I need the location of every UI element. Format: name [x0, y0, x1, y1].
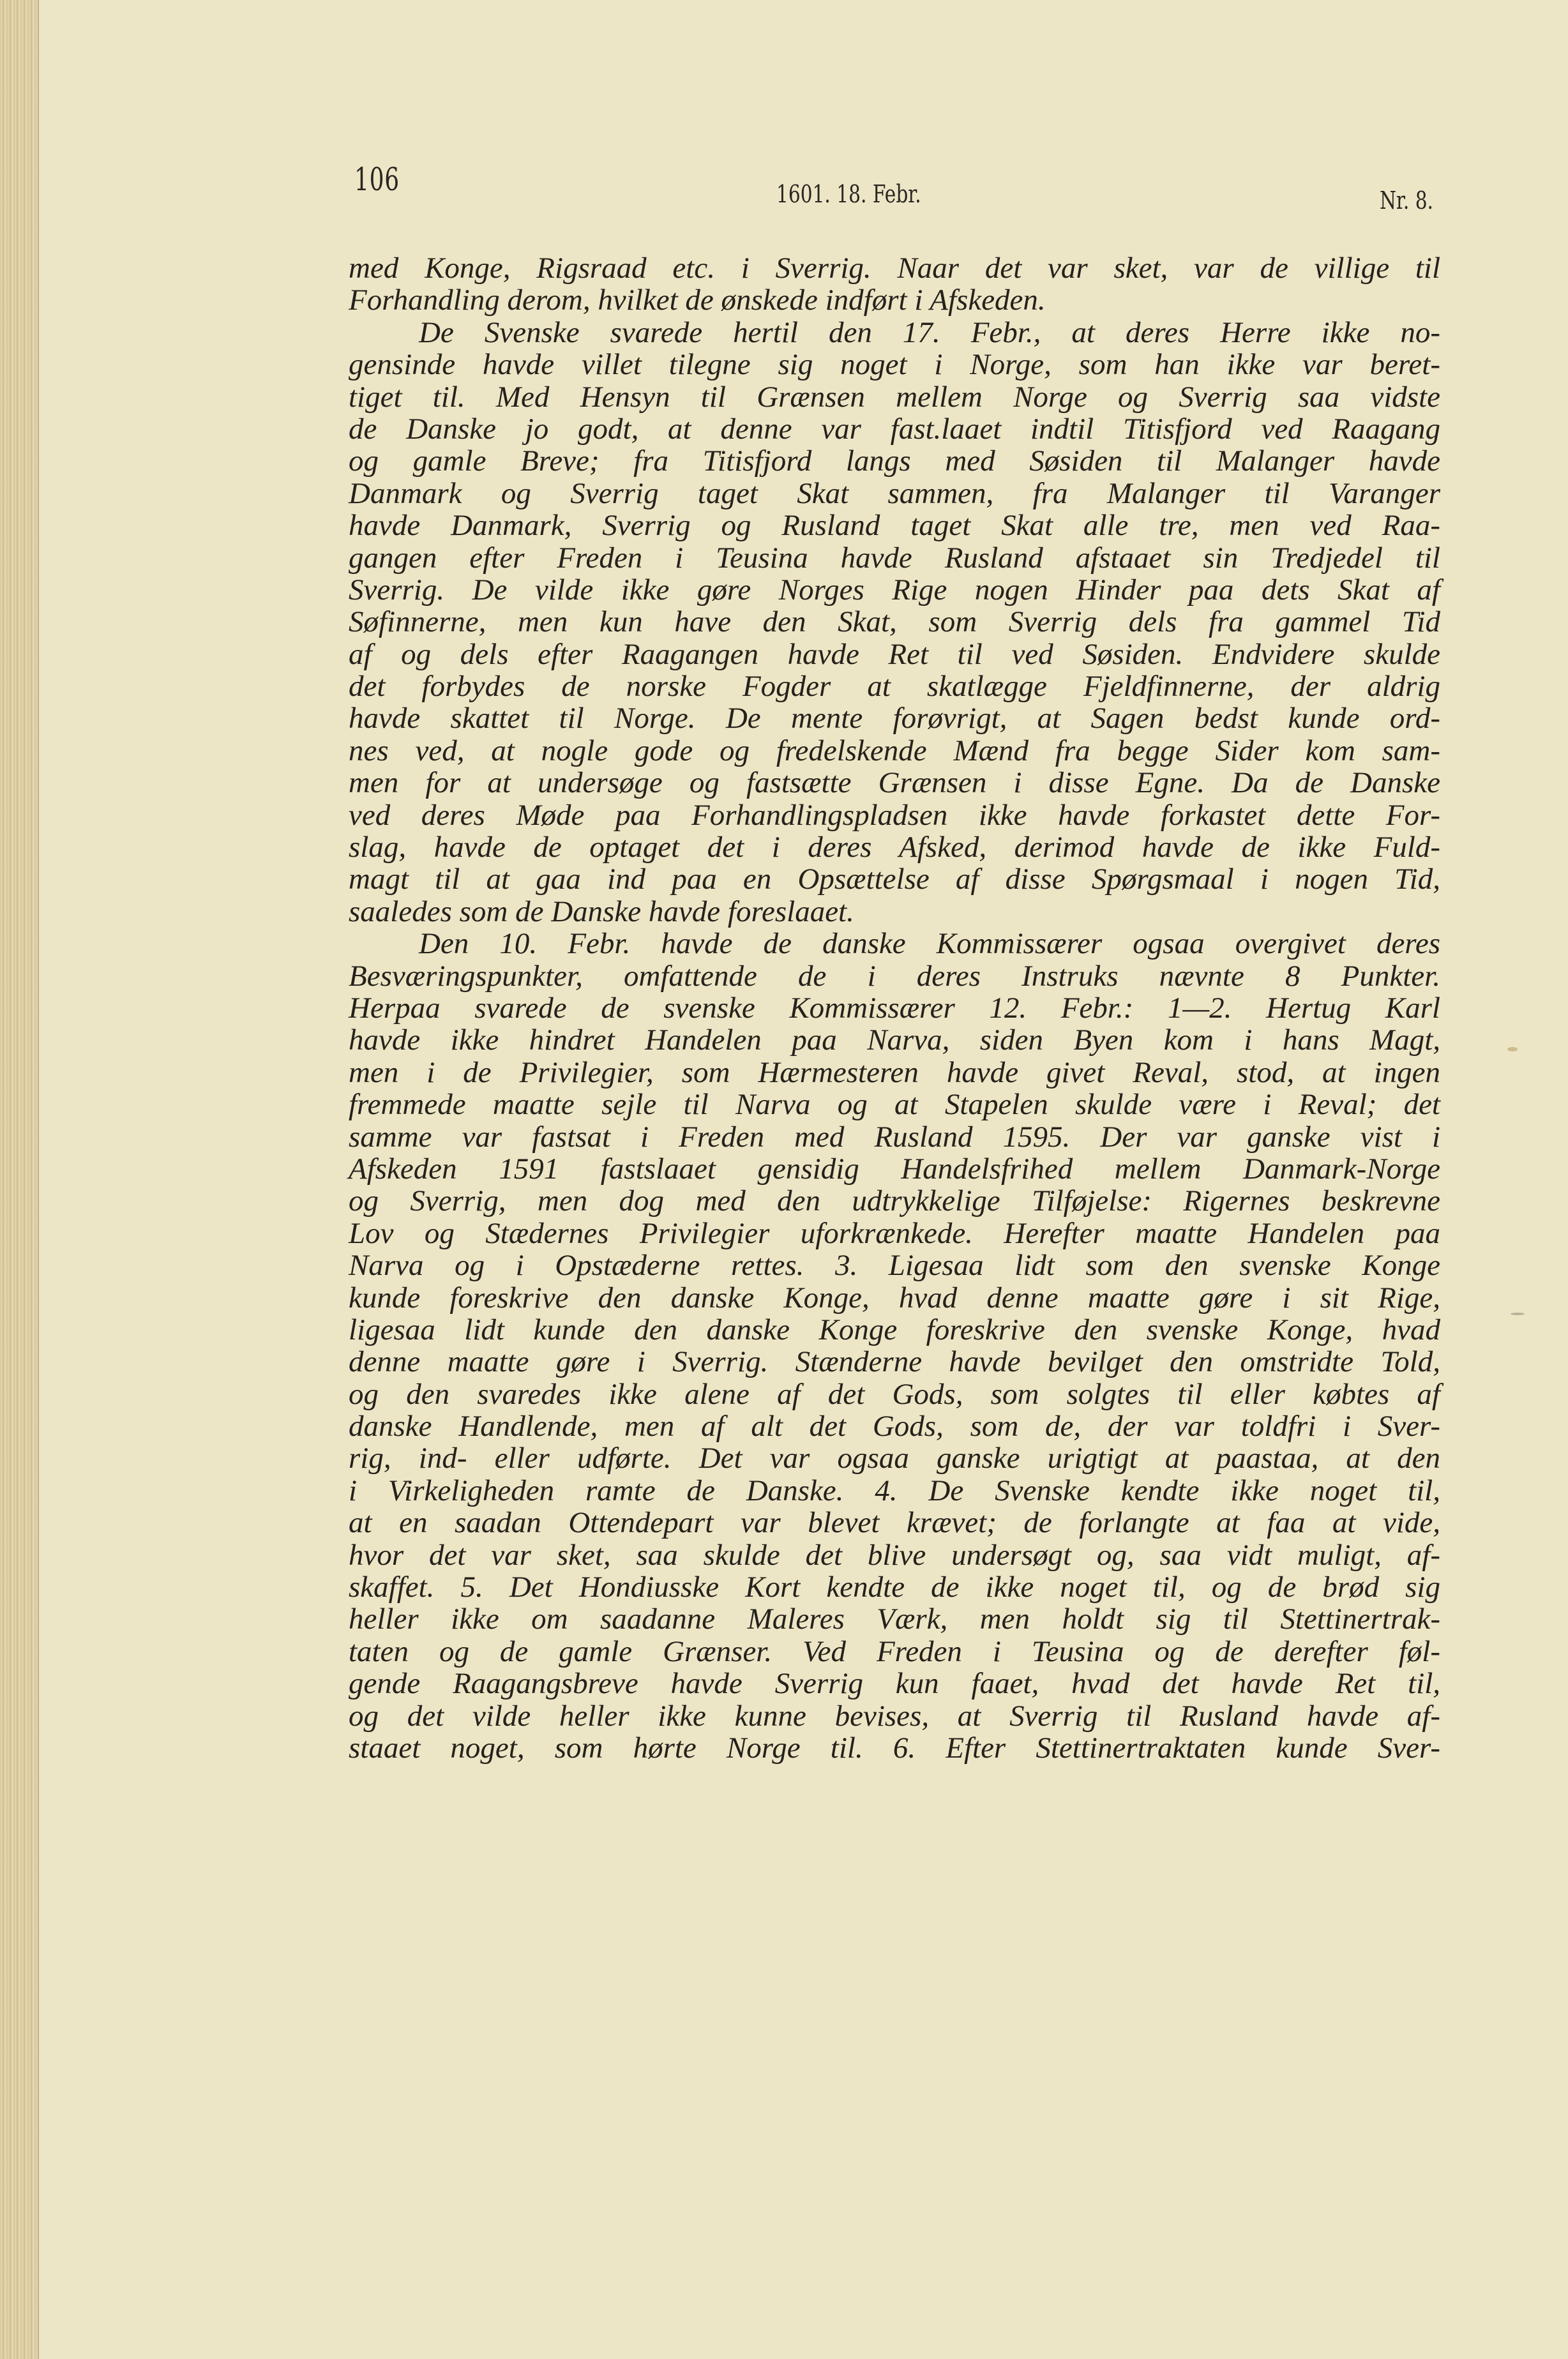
text-line: med Konge, Rigsraad etc. i Sverrig. Naar… [349, 252, 1440, 284]
text-line: denne maatte gøre i Sverrig. Stænderne h… [349, 1346, 1440, 1378]
text-line: Forhandling derom, hvilket de ønskede in… [349, 284, 1440, 316]
text-line: at en saadan Ottendepart var blevet kræv… [349, 1507, 1440, 1539]
text-line: og det vilde heller ikke kunne bevises, … [349, 1700, 1440, 1732]
text-line: gende Raagangsbreve havde Sverrig kun fa… [349, 1668, 1440, 1700]
text-line: Den 10. Febr. havde de danske Kommissære… [349, 928, 1440, 960]
text-line: de Danske jo godt, at denne var fast.laa… [349, 413, 1440, 445]
document-number: Nr. 8. [1380, 186, 1433, 215]
text-line: af og dels efter Raagangen havde Ret til… [349, 638, 1440, 670]
text-line: nes ved, at nogle gode og fredelskende M… [349, 735, 1440, 767]
text-line: men for at undersøge og fastsætte Grænse… [349, 767, 1440, 799]
text-line: Sverrig. De vilde ikke gøre Norges Rige … [349, 574, 1440, 606]
text-line: saaledes som de Danske havde foreslaaet. [349, 896, 1440, 928]
paper-speck [1507, 1047, 1518, 1051]
body-text: med Konge, Rigsraad etc. i Sverrig. Naar… [349, 252, 1440, 1764]
text-line: havde skattet til Norge. De mente forøvr… [349, 702, 1440, 734]
running-header: 106 1601. 18. Febr. Nr. 8. [39, 160, 1568, 211]
book-page-edges [0, 0, 39, 2359]
text-line: havde Danmark, Sverrig og Rusland taget … [349, 509, 1440, 541]
text-line: Søfinnerne, men kun have den Skat, som S… [349, 606, 1440, 638]
text-line: havde ikke hindret Handelen paa Narva, s… [349, 1024, 1440, 1056]
text-line: men i de Privilegier, som Hærmesteren ha… [349, 1057, 1440, 1089]
text-line: og den svaredes ikke alene af det Gods, … [349, 1378, 1440, 1410]
text-line: Herpaa svarede de svenske Kommissærer 12… [349, 992, 1440, 1024]
text-line: taten og de gamle Grænser. Ved Freden i … [349, 1636, 1440, 1668]
text-line: Besværingspunkter, omfattende de i deres… [349, 960, 1440, 992]
text-line: gensinde havde villet tilegne sig noget … [349, 349, 1440, 381]
text-line: slag, havde de optaget det i deres Afske… [349, 831, 1440, 863]
text-line: Narva og i Opstæderne rettes. 3. Ligesaa… [349, 1249, 1440, 1281]
text-line: danske Handlende, men af alt det Gods, s… [349, 1410, 1440, 1442]
text-line: ved deres Møde paa Forhandlingspladsen i… [349, 799, 1440, 831]
book-page: 106 1601. 18. Febr. Nr. 8. med Konge, Ri… [39, 0, 1568, 2359]
text-line: kunde foreskrive den danske Konge, hvad … [349, 1282, 1440, 1314]
page-number: 106 [354, 161, 400, 198]
text-line: Afskeden 1591 fastslaaet gensidig Handel… [349, 1153, 1440, 1185]
text-line: ligesaa lidt kunde den danske Konge fore… [349, 1314, 1440, 1346]
text-line: det forbydes de norske Fogder at skatlæg… [349, 670, 1440, 702]
text-line: og gamle Breve; fra Titisfjord langs med… [349, 445, 1440, 477]
text-line: samme var fastsat i Freden med Rusland 1… [349, 1121, 1440, 1153]
text-line: og Sverrig, men dog med den udtrykkelige… [349, 1185, 1440, 1217]
text-line: fremmede maatte sejle til Narva og at St… [349, 1089, 1440, 1120]
text-line: Danmark og Sverrig taget Skat sammen, fr… [349, 478, 1440, 509]
text-line: gangen efter Freden i Teusina havde Rusl… [349, 542, 1440, 574]
text-line: hvor det var sket, saa skulde det blive … [349, 1539, 1440, 1571]
text-line: heller ikke om saadanne Maleres Værk, me… [349, 1603, 1440, 1635]
text-line: magt til at gaa ind paa en Opsættelse af… [349, 863, 1440, 895]
text-line: tiget til. Med Hensyn til Grænsen mellem… [349, 381, 1440, 413]
text-line: i Virkeligheden ramte de Danske. 4. De S… [349, 1475, 1440, 1507]
header-date: 1601. 18. Febr. [776, 180, 921, 208]
text-line: Lov og Stædernes Privilegier uforkrænked… [349, 1217, 1440, 1249]
text-line: De Svenske svarede hertil den 17. Febr.,… [349, 317, 1440, 349]
text-line: skaffet. 5. Det Hondiusske Kort kendte d… [349, 1571, 1440, 1603]
paper-speck [1511, 1313, 1525, 1315]
text-line: staaet noget, som hørte Norge til. 6. Ef… [349, 1732, 1440, 1764]
text-line: rig, ind- eller udførte. Det var ogsaa g… [349, 1442, 1440, 1474]
